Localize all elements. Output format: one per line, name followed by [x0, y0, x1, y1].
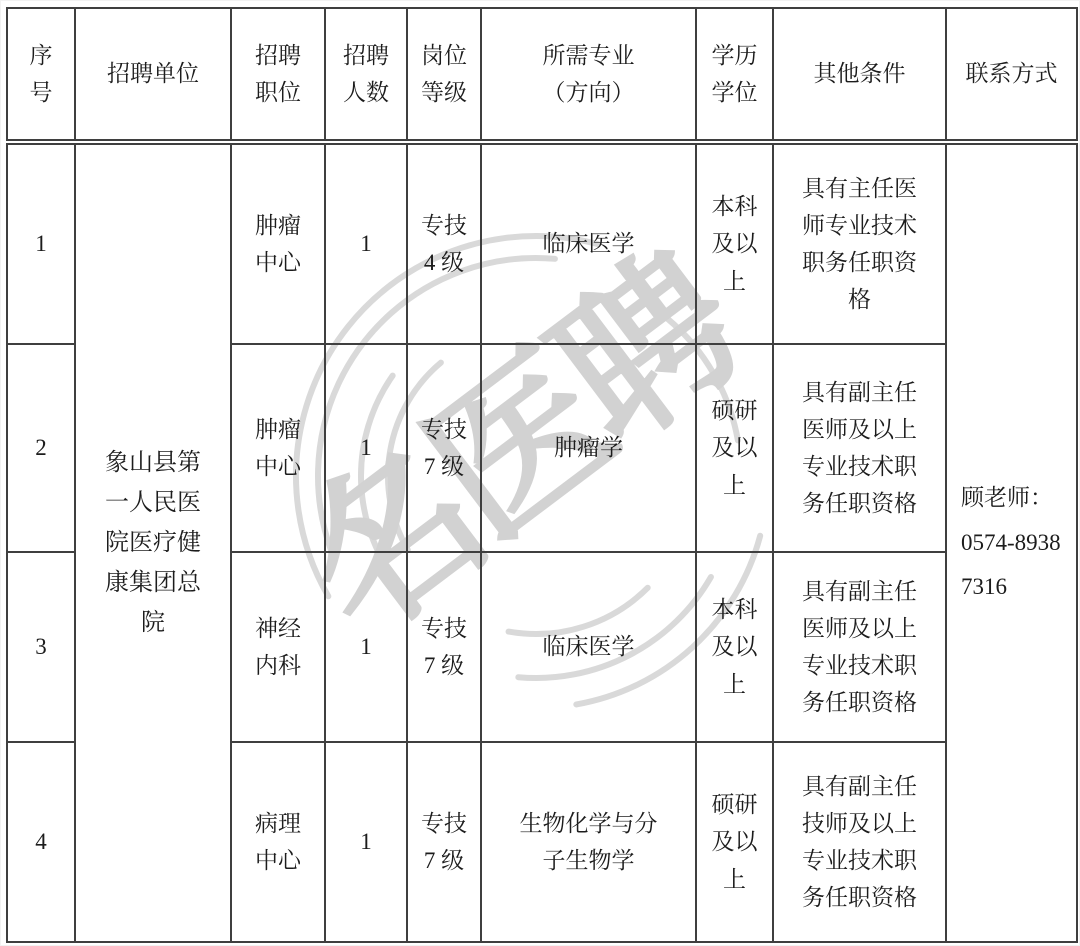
- header-position: 招聘 职位: [231, 8, 325, 142]
- cell-serial-2: 2: [7, 344, 75, 552]
- cell-grade-2: 专技 7 级: [407, 344, 481, 552]
- header-headcount: 招聘 人数: [325, 8, 407, 142]
- cell-serial-3: 3: [7, 552, 75, 742]
- recruitment-positions-table: 序 号 招聘单位 招聘 职位 招聘 人数 岗位 等级 所需专业 （方向） 学历 …: [6, 7, 1078, 943]
- cell-major-4: 生物化学与分 子生物学: [481, 742, 696, 942]
- cell-headcount-3: 1: [325, 552, 407, 742]
- cell-serial-1: 1: [7, 142, 75, 344]
- cell-other-1: 具有主任医 师专业技术 职务任职资 格: [773, 142, 946, 344]
- cell-headcount-4: 1: [325, 742, 407, 942]
- cell-education-4: 硕研 及以 上: [696, 742, 773, 942]
- header-required-major: 所需专业 （方向）: [481, 8, 696, 142]
- cell-position-1: 肿瘤 中心: [231, 142, 325, 344]
- header-row: 序 号 招聘单位 招聘 职位 招聘 人数 岗位 等级 所需专业 （方向） 学历 …: [7, 8, 1077, 142]
- header-education-degree: 学历 学位: [696, 8, 773, 142]
- cell-other-3: 具有副主任 医师及以上 专业技术职 务任职资格: [773, 552, 946, 742]
- cell-position-3: 神经 内科: [231, 552, 325, 742]
- cell-contact: 顾老师： 0574-8938 7316: [946, 142, 1077, 942]
- cell-grade-3: 专技 7 级: [407, 552, 481, 742]
- cell-serial-4: 4: [7, 742, 75, 942]
- header-contact: 联系方式: [946, 8, 1077, 142]
- cell-grade-1: 专技 4 级: [407, 142, 481, 344]
- cell-education-3: 本科 及以 上: [696, 552, 773, 742]
- cell-recruiting-unit: 象山县第 一人民医 院医疗健 康集团总 院: [75, 142, 231, 942]
- cell-grade-4: 专技 7 级: [407, 742, 481, 942]
- cell-other-2: 具有副主任 医师及以上 专业技术职 务任职资格: [773, 344, 946, 552]
- cell-education-1: 本科 及以 上: [696, 142, 773, 344]
- cell-major-2: 肿瘤学: [481, 344, 696, 552]
- header-other-conditions: 其他条件: [773, 8, 946, 142]
- cell-position-2: 肿瘤 中心: [231, 344, 325, 552]
- cell-headcount-1: 1: [325, 142, 407, 344]
- cell-major-3: 临床医学: [481, 552, 696, 742]
- cell-major-1: 临床医学: [481, 142, 696, 344]
- cell-other-4: 具有副主任 技师及以上 专业技术职 务任职资格: [773, 742, 946, 942]
- table-row: 1 象山县第 一人民医 院医疗健 康集团总 院 肿瘤 中心 1 专技 4 级 临…: [7, 142, 1077, 344]
- cell-headcount-2: 1: [325, 344, 407, 552]
- recruitment-table-page: 名医聘 序 号 招聘单位 招聘 职位 招聘 人数 岗位 等级 所需专业 （方向）…: [0, 0, 1080, 946]
- cell-education-2: 硕研 及以 上: [696, 344, 773, 552]
- header-recruiting-unit: 招聘单位: [75, 8, 231, 142]
- cell-position-4: 病理 中心: [231, 742, 325, 942]
- header-serial-number: 序 号: [7, 8, 75, 142]
- header-post-grade: 岗位 等级: [407, 8, 481, 142]
